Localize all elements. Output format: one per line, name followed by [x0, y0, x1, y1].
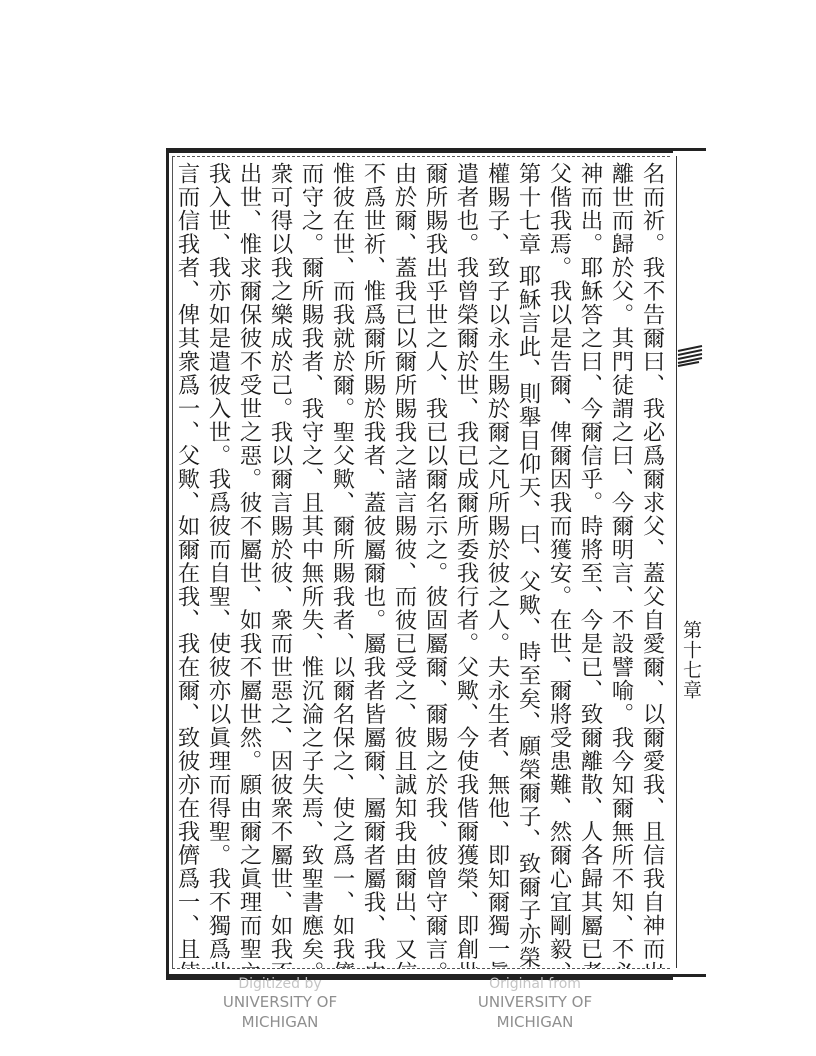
text-column-7: 遣者也。我曾榮爾於世、我已成爾所委我行者。父歟、今使我偕爾獲榮、即創世之先、我偕… [455, 162, 486, 968]
watermark-right-line1: Original from [440, 976, 630, 992]
text-column-14: 出世、惟求爾保彼不受世之惡。彼不屬世、如我不屬世然。願由爾之眞理而聖之、爾言即眞… [238, 162, 269, 968]
text-column-12: 而守之。爾所賜我者、我守之、且其中無所失、惟沉淪之子失焉、致聖書應矣。今我就爾、… [300, 162, 331, 968]
text-column-11: 惟彼在世、而我就於爾。聖父歟、爾所賜我者、以爾名保之、使之爲一、如我儕然。我偕彼… [331, 162, 362, 968]
inner-top-rule [172, 156, 670, 157]
text-column-10: 不爲世祈、惟爲爾所賜於我者、蓋彼屬爾也。屬我者皆屬爾、屬爾者屬我、我由之而獲榮。… [362, 162, 393, 968]
watermark-original-from: Original from UNIVERSITY OF MICHIGAN [440, 976, 630, 1032]
text-column-1: 名而祈。我不告爾曰、我必爲爾求父、蓋父自愛爾、以爾愛我、且信我自神而出。我自父出… [641, 162, 672, 968]
margin-divider [676, 156, 677, 968]
text-column-13: 衆可得以我之樂成於己。我以爾言賜於彼、衆而世惡之、因彼衆不屬世、如我不屬世然。我… [269, 162, 300, 968]
watermark-right-line2: UNIVERSITY OF MICHIGAN [440, 992, 630, 1032]
text-column-6: 權賜子、致子以永生賜於爾之凡所賜於彼之人。夫永生者、無他、即知爾獨一眞神、也及耶… [486, 162, 517, 968]
vertical-text-body: 名而祈。我不告爾曰、我必爲爾求父、蓋父自愛爾、以爾愛我、且信我自神而出。我自父出… [176, 162, 672, 968]
inner-bottom-rule [172, 968, 670, 969]
text-column-15: 我入世、我亦如是遣彼入世。我爲彼而自聖、使彼亦以眞理而得聖。我不獨爲此人祈、乃亦… [207, 162, 238, 968]
fishtail-mark-icon [677, 345, 703, 367]
text-column-9: 由於爾、蓋我已以爾所賜我之諸言賜彼、而彼已受之、彼且誠知我由爾出、又信爾之遣我也… [393, 162, 424, 968]
watermark-digitized-by: Digitized by UNIVERSITY OF MICHIGAN [190, 976, 370, 1032]
text-column-2: 離世而歸於父。其門徒謂之曰、今爾明言、不設譬喻。我今知爾無所不知、不必有人問爾。… [610, 162, 641, 968]
text-column-16: 言而信我者、俾其衆爲一、父歟、如爾在我、我在爾、致彼亦在我儕爲一、且使世信爾之遣… [176, 162, 207, 968]
inner-left-rule [172, 156, 173, 968]
watermark-left-line2: UNIVERSITY OF MICHIGAN [190, 992, 370, 1032]
watermark-left-line1: Digitized by [190, 976, 370, 992]
text-column-4: 父偕我焉。我以是告爾、俾爾因我而獲安。在世、爾將受患難、然爾心宜剛毅、我已勝世矣… [548, 162, 579, 968]
margin-chapter-title: 第十七章 [680, 620, 702, 700]
text-column-8: 爾所賜我出乎世之人、我已以爾名示之。彼固屬爾、爾賜之於我、彼曾守爾言。今彼知爾凡… [424, 162, 455, 968]
text-column-5-chapter-start: 第十七章 耶穌言此、則舉目仰天、曰、父歟、時至矣、願榮爾子、致爾子亦榮爾。如爾既… [517, 162, 548, 968]
text-column-3: 神而出。耶穌答之曰、今爾信乎。時將至、今是已、致爾離散、人各歸其屬已者、而遺我獨… [579, 162, 610, 968]
